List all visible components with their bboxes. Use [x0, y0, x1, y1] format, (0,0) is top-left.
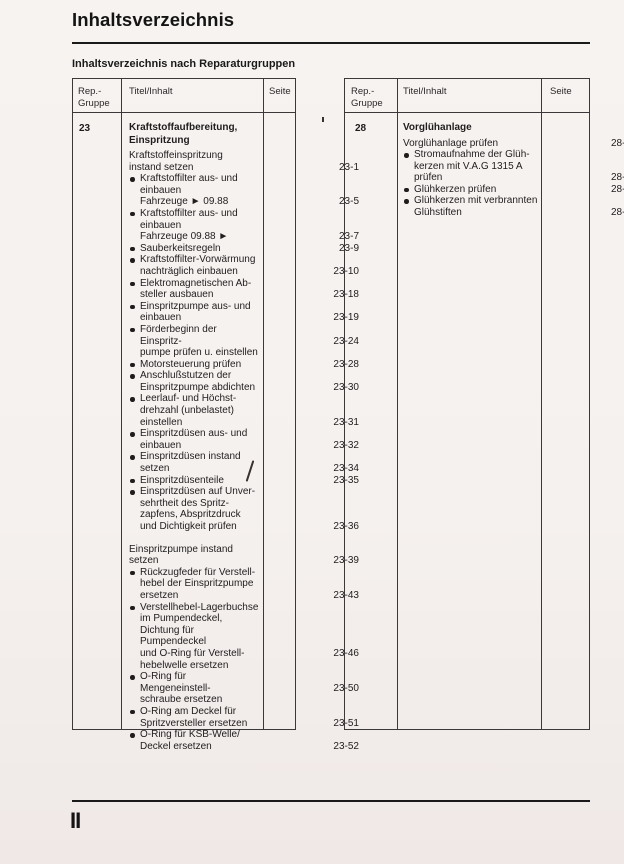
page-reference: 28-1 — [611, 138, 624, 150]
page-reference: 28-2 — [611, 184, 624, 196]
section-title: Vorglühanlage — [403, 122, 538, 135]
entry-text: Kraftstoffilter aus- undeinbauenFahrzeug… — [129, 208, 259, 243]
toc-item: Kraftstoffilter-Vorwärmungnachträglich e… — [129, 254, 259, 277]
entry-text: Einspritzpumpe aus- undeinbauen — [129, 301, 259, 324]
margin-mark — [322, 117, 324, 122]
toc-item: Stromaufnahme der Glüh-kerzen mit V.A.G … — [403, 149, 538, 184]
toc-item: O-Ring am Deckel fürSpritzversteller ers… — [129, 706, 259, 729]
toc-item: Einspritzpumpe aus- undeinbauen23-19 — [129, 301, 259, 324]
page-title: Inhaltsverzeichnis — [72, 9, 234, 31]
toc-item: Verstellhebel-Lagerbuchseim Pumpendeckel… — [129, 602, 259, 672]
entry-text: O-Ring am Deckel fürSpritzversteller ers… — [129, 706, 259, 729]
entry-text: Kraftstoffilter aus- undeinbauenFahrzeug… — [129, 173, 259, 208]
header-seite: Seite — [550, 86, 572, 98]
toc-item: Motorsteuerung prüfen23-28 — [129, 359, 259, 371]
entry-text: Kraftstoffilter-Vorwärmungnachträglich e… — [129, 254, 259, 277]
entry-text: Motorsteuerung prüfen — [129, 359, 259, 371]
toc-subsection: Kraftstoffeinspritzunginstand setzen23-1 — [129, 150, 259, 173]
toc-item: Kraftstoffilter aus- undeinbauenFahrzeug… — [129, 208, 259, 243]
header-titel-inhalt: Titel/Inhalt — [403, 86, 446, 98]
header-divider — [73, 112, 295, 113]
entry-text: Verstellhebel-Lagerbuchseim Pumpendeckel… — [129, 602, 259, 672]
toc-item: Glühkerzen mit verbranntenGlühstiften28-… — [403, 195, 538, 218]
block-spacer — [129, 533, 259, 544]
toc-entries: Vorglühanlage Vorglühanlage prüfen28-1St… — [403, 122, 538, 219]
header-rep-gruppe: Rep.- Gruppe — [78, 86, 110, 110]
column-divider — [263, 79, 264, 729]
entry-text: Elektromagnetischen Ab-steller ausbauen — [129, 278, 259, 301]
toc-item: Elektromagnetischen Ab-steller ausbauen2… — [129, 278, 259, 301]
entry-text: Anschlußstutzen derEinspritzpumpe abdich… — [129, 370, 259, 393]
entry-text: Einspritzdüsen aus- undeinbauen — [129, 428, 259, 451]
entry-text: Vorglühanlage prüfen — [403, 138, 538, 150]
toc-subsection: Einspritzpumpe instandsetzen23-39 — [129, 544, 259, 567]
entry-text: Kraftstoffeinspritzunginstand setzen — [129, 150, 259, 173]
entry-text: Einspritzdüsen instandsetzen — [129, 451, 259, 474]
entry-text: Leerlauf- und Höchst-drehzahl (unbelaste… — [129, 393, 259, 428]
toc-table-group-23: Rep.- Gruppe Titel/Inhalt Seite 23 Kraft… — [72, 78, 296, 730]
column-divider — [541, 79, 542, 729]
header-divider — [345, 112, 589, 113]
footer-rule — [72, 800, 590, 802]
toc-item: Einspritzdüsenteile23-35 — [129, 475, 259, 487]
toc-item: Glühkerzen prüfen28-2 — [403, 184, 538, 196]
entry-text: Förderbeginn der Einspritz-pumpe prüfen … — [129, 324, 259, 359]
toc-subsection: Vorglühanlage prüfen28-1 — [403, 138, 538, 150]
page-reference: 28-1 — [611, 172, 624, 184]
entry-text: Rückzugfeder für Verstell-hebel der Eins… — [129, 567, 259, 602]
title-rule — [72, 42, 590, 44]
entry-text: O-Ring für KSB-Welle/Deckel ersetzen — [129, 729, 259, 752]
page-reference: 28-4 — [611, 207, 624, 219]
toc-item: Kraftstoffilter aus- undeinbauenFahrzeug… — [129, 173, 259, 208]
column-divider — [397, 79, 398, 729]
entry-text: Sauberkeitsregeln — [129, 243, 259, 255]
toc-item: O-Ring für Mengeneinstell-schraube erset… — [129, 671, 259, 706]
entry-text: Glühkerzen prüfen — [403, 184, 538, 196]
entry-text: Einspritzpumpe instandsetzen — [129, 544, 259, 567]
header-titel-inhalt: Titel/Inhalt — [129, 86, 172, 98]
toc-item: Anschlußstutzen derEinspritzpumpe abdich… — [129, 370, 259, 393]
toc-item: Einspritzdüsen instandsetzen23-34 — [129, 451, 259, 474]
toc-item: Sauberkeitsregeln23-9 — [129, 243, 259, 255]
toc-item: Förderbeginn der Einspritz-pumpe prüfen … — [129, 324, 259, 359]
entry-text: Stromaufnahme der Glüh-kerzen mit V.A.G … — [403, 149, 538, 184]
toc-item: O-Ring für KSB-Welle/Deckel ersetzen23-5… — [129, 729, 259, 752]
toc-item: Rückzugfeder für Verstell-hebel der Eins… — [129, 567, 259, 602]
toc-item: Leerlauf- und Höchst-drehzahl (unbelaste… — [129, 393, 259, 428]
toc-table-group-28: Rep.- Gruppe Titel/Inhalt Seite 28 Vorgl… — [344, 78, 590, 730]
page-reference: 23-52 — [333, 741, 359, 753]
entry-text: Glühkerzen mit verbranntenGlühstiften — [403, 195, 538, 218]
group-number: 28 — [355, 123, 366, 134]
entry-text: Einspritzdüsenteile — [129, 475, 259, 487]
header-seite: Seite — [269, 86, 291, 98]
toc-item: Einspritzdüsen auf Unver-sehrtheit des S… — [129, 486, 259, 532]
entry-text: O-Ring für Mengeneinstell-schraube erset… — [129, 671, 259, 706]
toc-item: Einspritzdüsen aus- undeinbauen23-32 — [129, 428, 259, 451]
section-subtitle: Inhaltsverzeichnis nach Reparaturgruppen — [72, 58, 295, 70]
column-divider — [121, 79, 122, 729]
page-number: II — [70, 808, 80, 834]
toc-entries: Kraftstoffaufbereitung, Einspritzung Kra… — [129, 122, 259, 752]
entry-text: Einspritzdüsen auf Unver-sehrtheit des S… — [129, 486, 259, 532]
group-number: 23 — [79, 123, 90, 134]
header-rep-gruppe: Rep.- Gruppe — [351, 86, 383, 110]
section-title: Kraftstoffaufbereitung, Einspritzung — [129, 122, 259, 147]
